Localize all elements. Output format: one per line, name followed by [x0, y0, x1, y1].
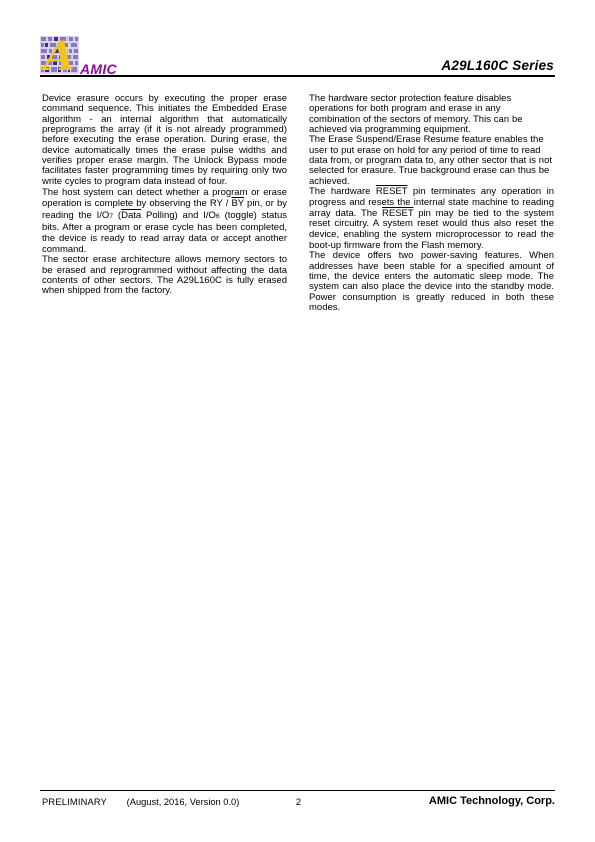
amic-logo: A AMIC [40, 36, 117, 74]
footer-company: AMIC Technology, Corp. [429, 795, 555, 807]
paragraph-device-erasure: Device erasure occurs by executing the p… [42, 94, 287, 187]
paragraph-status-detection: The host system can detect whether a pro… [42, 187, 287, 255]
document-title: A29L160C Series [441, 58, 554, 73]
datasheet-page: A AMIC A29L160C Series Device erasure oc… [0, 0, 595, 842]
right-column: The hardware sector protection feature d… [309, 94, 554, 313]
paragraph-hardware-reset: The hardware RESET pin terminates any op… [309, 187, 554, 251]
svg-text:A: A [40, 36, 75, 74]
body-content: Device erasure occurs by executing the p… [42, 94, 554, 313]
header-rule [40, 75, 555, 77]
footer: PRELIMINARY (August, 2016, Version 0.0) … [42, 795, 555, 811]
left-column: Device erasure occurs by executing the p… [42, 94, 287, 313]
paragraph-erase-suspend: The Erase Suspend/Erase Resume feature e… [309, 135, 554, 187]
amic-logo-mosaic-icon: A [40, 36, 79, 74]
paragraph-sector-protection: The hardware sector protection feature d… [309, 94, 554, 135]
paragraph-sector-erase: The sector erase architecture allows mem… [42, 255, 287, 296]
footer-rule [40, 790, 555, 791]
brand-name: AMIC [80, 62, 117, 76]
paragraph-power-saving: The device offers two power-saving featu… [309, 251, 554, 313]
